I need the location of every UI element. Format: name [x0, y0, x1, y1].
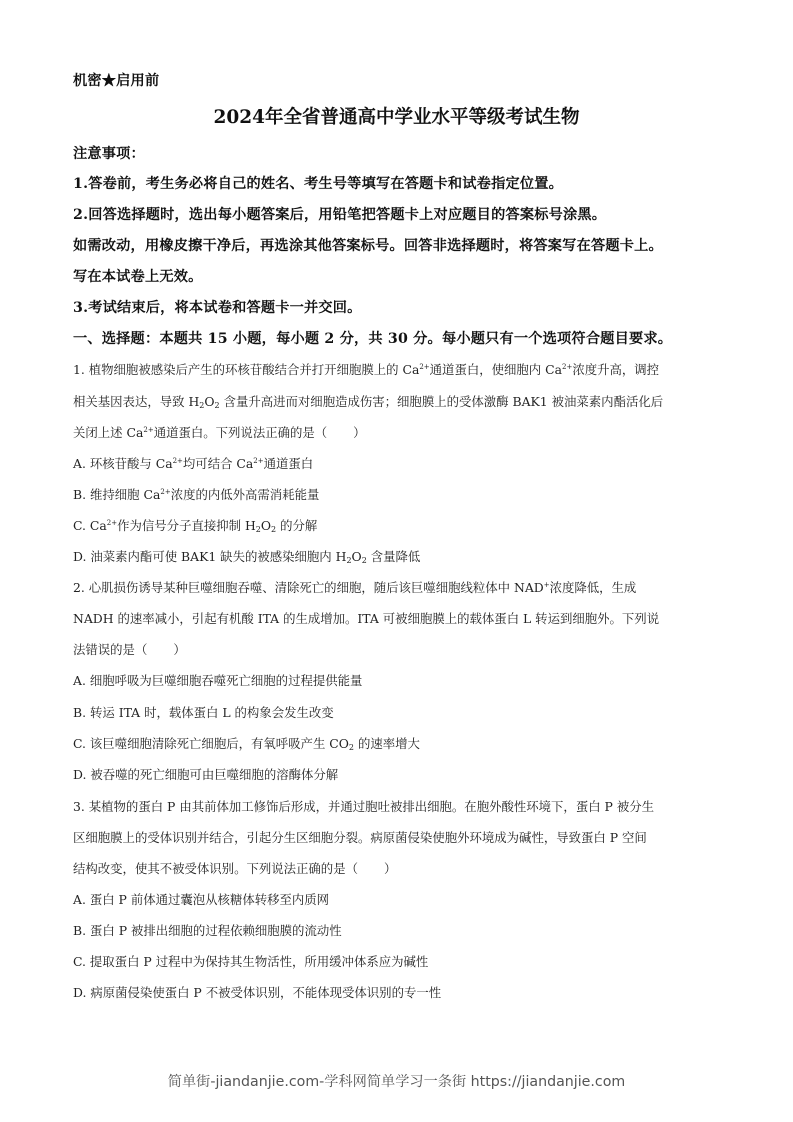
question-text-line: 区细胞膜上的受体识别并结合，引起分生区细胞分裂。病原菌侵染使胞外环境成为碱性，导…	[73, 828, 647, 846]
option-d: D. 油菜素内酯可使 BAK1 缺失的被感染细胞内 H2O2 含量降低	[73, 547, 420, 565]
option-d: D. 被吞噬的死亡细胞可由巨噬细胞的溶酶体分解	[73, 765, 338, 783]
notice-item: 1.答卷前，考生务必将自己的姓名、考生号等填写在答题卡和试卷指定位置。	[73, 173, 563, 193]
question-text-line: 2. 心肌损伤诱导某种巨噬细胞吞噬、清除死亡的细胞，随后该巨噬细胞线粒体中 NA…	[73, 578, 636, 596]
notice-item: 3.考试结束后，将本试卷和答题卡一并交回。	[73, 297, 362, 317]
option-d: D. 病原菌侵染使蛋白 P 不被受体识别，不能体现受体识别的专一性	[73, 983, 441, 1001]
option-a: A. 蛋白 P 前体通过囊泡从核糖体转移至内质网	[73, 890, 329, 908]
notice-item: 如需改动，用橡皮擦干净后，再选涂其他答案标号。回答非选择题时，将答案写在答题卡上…	[73, 235, 663, 255]
question-text-line: 相关基因表达，导致 H2O2 含量升高进而对细胞造成伤害；细胞膜上的受体激酶 B…	[73, 392, 663, 410]
question-text-line: 1. 植物细胞被感染后产生的环核苷酸结合并打开细胞膜上的 Ca2+通道蛋白，使细…	[73, 360, 659, 378]
footer-watermark: 简单街-jiandanjie.com-学科网简单学习一条街 https://ji…	[0, 1071, 793, 1091]
question-text-line: NADH 的速率减小，引起有机酸 ITA 的生成增加。ITA 可被细胞膜上的载体…	[73, 609, 659, 627]
option-a: A. 环核苷酸与 Ca2+均可结合 Ca2+通道蛋白	[73, 454, 313, 472]
confidential-label: 机密★启用前	[73, 70, 159, 90]
option-a: A. 细胞呼吸为巨噬细胞吞噬死亡细胞的过程提供能量	[73, 671, 362, 689]
notice-item: 2.回答选择题时，选出每小题答案后，用铅笔把答题卡上对应题目的答案标号涂黑。	[73, 204, 606, 224]
notice-item: 写在本试卷上无效。	[73, 266, 203, 286]
option-b: B. 转运 ITA 时，载体蛋白 L 的构象会发生改变	[73, 703, 334, 721]
option-b: B. 蛋白 P 被排出细胞的过程依赖细胞膜的流动性	[73, 921, 342, 939]
option-c: C. 该巨噬细胞清除死亡细胞后，有氧呼吸产生 CO2 的速率增大	[73, 734, 420, 752]
option-b: B. 维持细胞 Ca2+浓度的内低外高需消耗能量	[73, 485, 319, 503]
question-text-line: 法错误的是（）	[73, 640, 186, 658]
section-heading: 一、选择题：本题共 15 小题，每小题 2 分，共 30 分。每小题只有一个选项…	[73, 328, 672, 348]
notice-heading: 注意事项：	[73, 143, 145, 163]
exam-page: 机密★启用前 2024年全省普通高中学业水平等级考试生物 注意事项： 1.答卷前…	[0, 0, 793, 1122]
question-text-line: 关闭上述 Ca2+通道蛋白。下列说法正确的是（）	[73, 423, 366, 441]
question-text-line: 3. 某植物的蛋白 P 由其前体加工修饰后形成，并通过胞吐被排出细胞。在胞外酸性…	[73, 797, 654, 815]
option-c: C. 提取蛋白 P 过程中为保持其生物活性，所用缓冲体系应为碱性	[73, 952, 428, 970]
exam-title: 2024年全省普通高中学业水平等级考试生物	[0, 103, 793, 129]
question-text-line: 结构改变，使其不被受体识别。下列说法正确的是（）	[73, 859, 396, 877]
option-c: C. Ca2+作为信号分子直接抑制 H2O2 的分解	[73, 516, 317, 534]
